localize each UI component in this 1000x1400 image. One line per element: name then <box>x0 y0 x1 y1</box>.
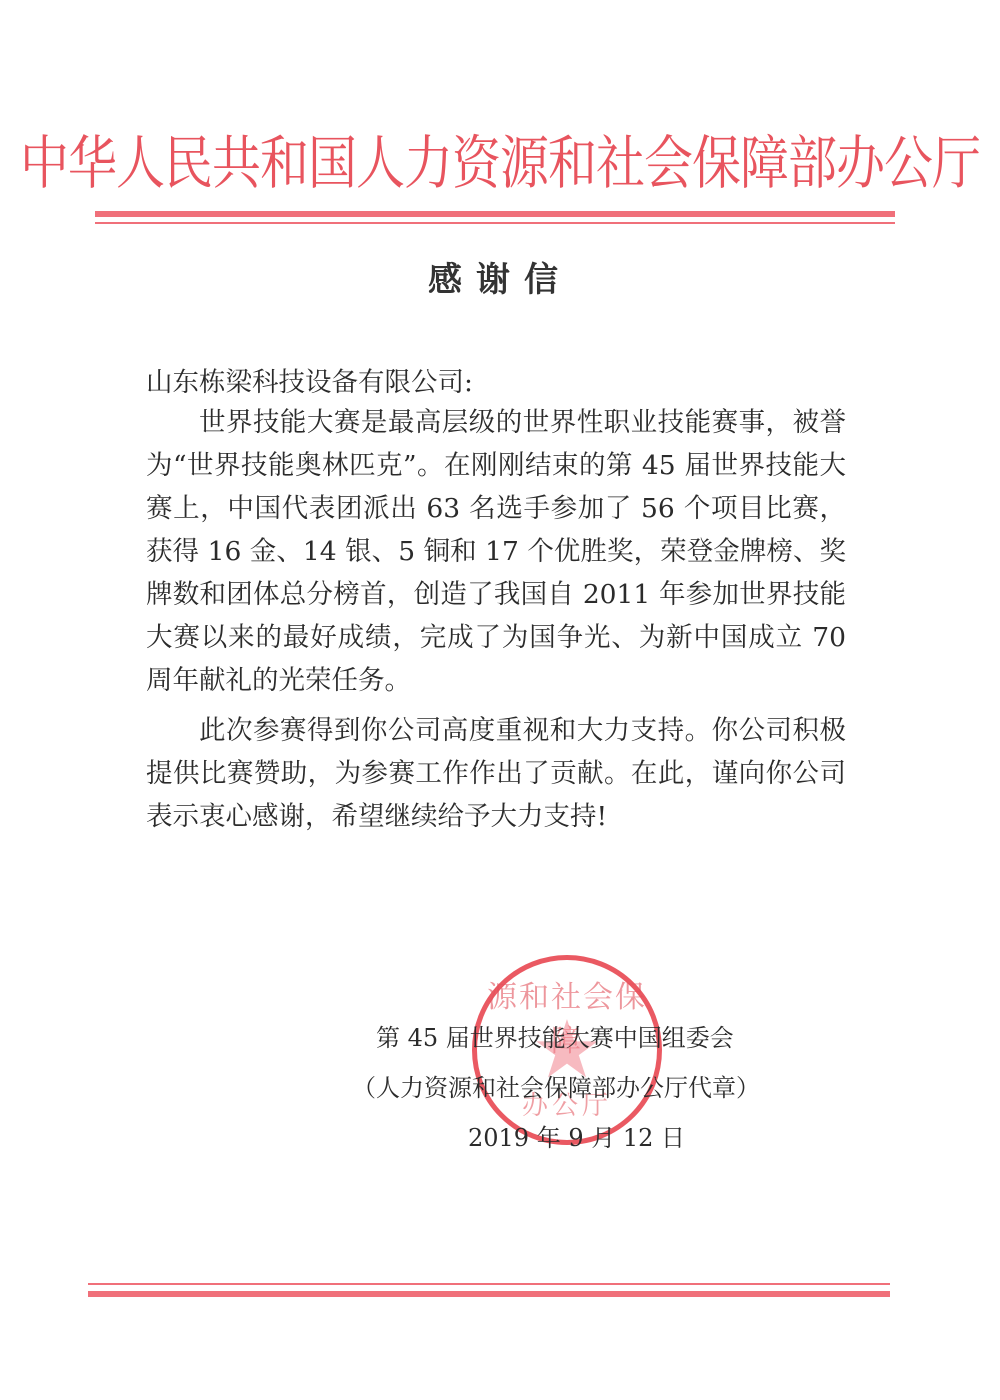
salutation: 山东栋梁科技设备有限公司: <box>146 360 473 399</box>
letterhead-title: 中华人民共和国人力资源和社会保障部办公厅 <box>0 118 1000 201</box>
footer-rule-thin <box>88 1283 890 1285</box>
paragraph-achievements: 世界技能大赛是最高层级的世界性职业技能赛事，被誉为“世界技能奥林匹克”。在刚刚结… <box>146 401 846 702</box>
signature-organization: 第 45 届世界技能大赛中国组委会 <box>376 1018 734 1053</box>
document-title: 感谢信 <box>0 252 1000 301</box>
letter-body: 世界技能大赛是最高层级的世界性职业技能赛事，被誉为“世界技能奥林匹克”。在刚刚结… <box>146 401 846 838</box>
letterhead-rule-thick <box>95 211 895 217</box>
paragraph-thanks: 此次参赛得到你公司高度重视和大力支持。你公司积极提供比赛赞助，为参赛工作作出了贡… <box>146 709 846 838</box>
letterhead-rule-thin <box>95 222 895 224</box>
signature-date: 2019 年 9 月 12 日 <box>468 1118 685 1153</box>
footer-rule-thick <box>88 1291 890 1297</box>
signature-seal-note: （人力资源和社会保障部办公厅代章） <box>352 1068 760 1103</box>
